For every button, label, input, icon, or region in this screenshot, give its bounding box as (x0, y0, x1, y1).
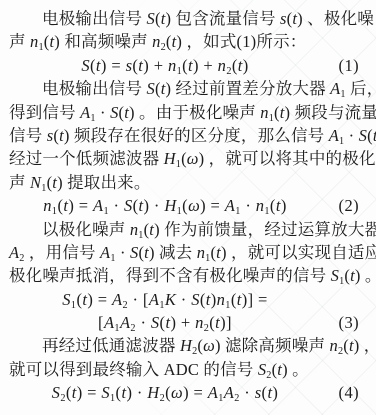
paragraph-line: 电极输出信号 S(t) 经过前置差分放大器 A1 后， (9, 77, 367, 100)
paragraph-line: 以极化噪声 n1(t) 作为前馈量，经过运算放大器 (9, 218, 367, 241)
paragraph-line: 声 N1(t) 提取出来。 (9, 171, 367, 194)
paragraph-line: 极化噪声抵消，得到不含有极化噪声的信号 S1(t) 。 (9, 264, 367, 287)
equation-body: S(t) = s(t) + n1(t) + n2(t) (9, 54, 321, 77)
page-surface: 电极输出信号 S(t) 包含流量信号 s(t) 、极化噪声 n1(t) 和高频噪… (0, 0, 376, 415)
equation-line: [A1A2 · S(t) + n2(t)](3) (9, 311, 367, 334)
equation-number: (2) (321, 194, 367, 217)
paragraph-line: 就可以得到最终输入 ADC 的信号 S2(t) 。 (9, 358, 367, 381)
paragraph-line: 电极输出信号 S(t) 包含流量信号 s(t) 、极化噪 (9, 7, 367, 30)
document-body: 电极输出信号 S(t) 包含流量信号 s(t) 、极化噪声 n1(t) 和高频噪… (9, 7, 367, 405)
equation-body: S2(t) = S1(t) · H2(ω) = A1A2 · s(t) (9, 381, 321, 404)
equation-body: S1(t) = A2 · [A1K · S(t)n1(t)] = (9, 288, 321, 311)
equation-line: S1(t) = A2 · [A1K · S(t)n1(t)] = (9, 288, 367, 311)
paragraph-line: 声 n1(t) 和高频噪声 n2(t) ，如式(1)所示： (9, 30, 367, 53)
document-page: { "page": { "background": "#fdfdfd", "te… (0, 0, 376, 415)
equation-number: (3) (321, 311, 367, 334)
equation-body: [A1A2 · S(t) + n2(t)] (9, 311, 321, 334)
equation-body: n1(t) = A1 · S(t) · H1(ω) = A1 · n1(t) (9, 194, 321, 217)
paragraph-line: A2 ，用信号 A1 · S(t) 减去 n1(t) ，就可以实现自适应 (9, 241, 367, 264)
paragraph-line: 信号 s(t) 频段存在很好的区分度，那么信号 A1 · S(t) (9, 124, 367, 147)
equation-line: S(t) = s(t) + n1(t) + n2(t)(1) (9, 54, 367, 77)
paragraph-line: 得到信号 A1 · S(t) 。由于极化噪声 n1(t) 频段与流量 (9, 101, 367, 124)
paragraph-line: 经过一个低频滤波器 H1(ω) ，就可以将其中的极化噪 (9, 147, 367, 170)
equation-number: (4) (321, 381, 367, 404)
equation-number (321, 288, 367, 311)
equation-number: (1) (321, 54, 367, 77)
equation-line: S2(t) = S1(t) · H2(ω) = A1A2 · s(t)(4) (9, 381, 367, 404)
paragraph-line: 再经过低通滤波器 H2(ω) 滤除高频噪声 n2(t) ， (9, 334, 367, 357)
equation-line: n1(t) = A1 · S(t) · H1(ω) = A1 · n1(t)(2… (9, 194, 367, 217)
